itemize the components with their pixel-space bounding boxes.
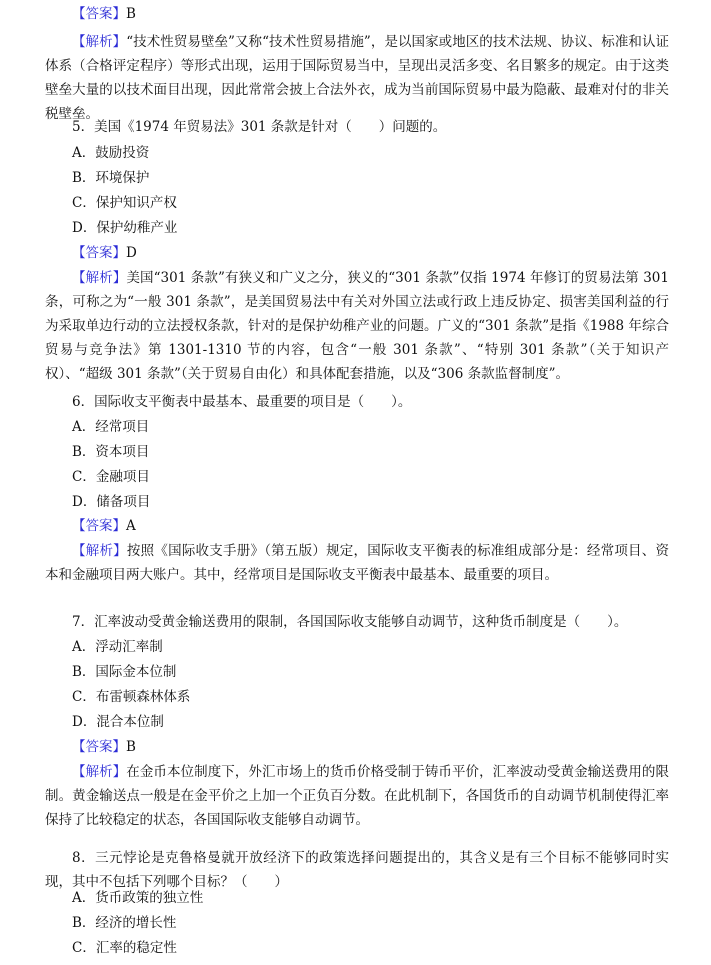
analysis-label: 【解析】 — [72, 270, 126, 286]
analysis-label: 【解析】 — [72, 34, 126, 50]
q6-option-d: D．储备项目 — [72, 492, 150, 512]
q7-option-b: B．国际金本位制 — [72, 662, 176, 682]
q8-option-c: C．汇率的稳定性 — [72, 938, 177, 958]
q4-analysis: 【解析】“技术性贸易壁垒”又称“技术性贸易措施”，是以国家或地区的技术法规、协议… — [45, 30, 669, 126]
q7-option-a: A．浮动汇率制 — [72, 637, 163, 657]
answer-label: 【答案】 — [72, 6, 126, 22]
q6-answer: 【答案】A — [72, 516, 136, 536]
q7-analysis: 【解析】在金币本位制度下，外汇市场上的货币价格受制于铸币平价，汇率波动受黄金输送… — [45, 760, 669, 832]
q6-option-b: B．资本项目 — [72, 442, 149, 462]
q5-option-d: D．保护幼稚产业 — [72, 218, 177, 238]
answer-label: 【答案】 — [72, 245, 126, 261]
q5-option-c: C．保护知识产权 — [72, 193, 177, 213]
q5-analysis: 【解析】美国“301 条款”有狭义和广义之分，狭义的“301 条款”仅指 197… — [45, 266, 669, 386]
q8-option-b: B．经济的增长性 — [72, 913, 176, 933]
q7-option-d: D．混合本位制 — [72, 712, 164, 732]
q5-answer: 【答案】D — [72, 243, 137, 263]
analysis-label: 【解析】 — [72, 543, 127, 559]
answer-label: 【答案】 — [72, 739, 126, 755]
q8-question: 8．三元悖论是克鲁格曼就开放经济下的政策选择问题提出的，其含义是有三个目标不能够… — [45, 846, 669, 894]
q5-option-a: A．鼓励投资 — [72, 143, 149, 163]
q5-option-b: B．环境保护 — [72, 168, 149, 188]
q6-question: 6．国际收支平衡表中最基本、最重要的项目是（ ）。 — [72, 392, 411, 412]
q5-question: 5．美国《1974 年贸易法》301 条款是针对（ ）问题的。 — [72, 117, 446, 137]
q6-analysis: 【解析】按照《国际收支手册》（第五版）规定，国际收支平衡表的标准组成部分是：经常… — [45, 539, 669, 587]
analysis-label: 【解析】 — [72, 764, 126, 780]
q7-answer: 【答案】B — [72, 737, 136, 757]
q4-answer: 【答案】B — [72, 4, 136, 24]
q8-option-a: A．货币政策的独立性 — [72, 888, 203, 908]
q7-option-c: C．布雷顿森林体系 — [72, 687, 190, 707]
answer-label: 【答案】 — [72, 518, 126, 534]
q6-option-c: C．金融项目 — [72, 467, 150, 487]
q6-option-a: A．经常项目 — [72, 417, 149, 437]
q7-question: 7．汇率波动受黄金输送费用的限制，各国国际收支能够自动调节，这种货币制度是（ ）… — [72, 612, 627, 632]
